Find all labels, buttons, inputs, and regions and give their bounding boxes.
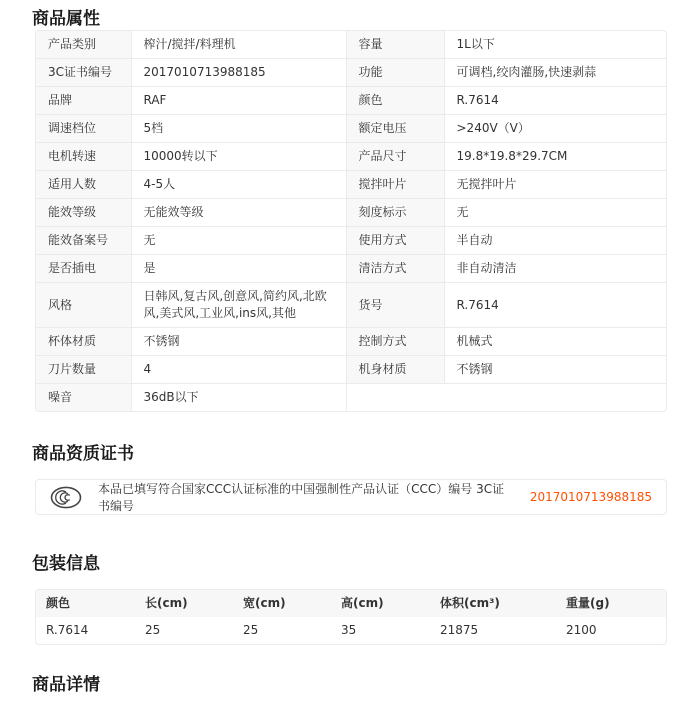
attr-label-cell: 电机转速: [36, 143, 131, 171]
packaging-header-cell: 颜色: [36, 590, 135, 617]
attr-label-cell: 刻度标示: [346, 199, 444, 227]
attr-value-cell: 5档: [131, 115, 346, 143]
attr-value-cell: 无能效等级: [131, 199, 346, 227]
attr-value-cell: RAF: [131, 87, 346, 115]
attr-value-cell: 1L以下: [444, 31, 666, 59]
attr-label-cell: 产品尺寸: [346, 143, 444, 171]
attr-value-cell: 2017010713988185: [131, 59, 346, 87]
certificate-number-link[interactable]: 2017010713988185: [530, 490, 652, 504]
attr-label-cell: 能效备案号: [36, 227, 131, 255]
attr-value-cell: R.7614: [444, 283, 666, 328]
attr-label-cell: 刀片数量: [36, 356, 131, 384]
attribute-row: 是否插电 是 清洁方式 非自动清洁: [36, 255, 666, 283]
attr-label-cell: 适用人数: [36, 171, 131, 199]
attr-label-cell: 清洁方式: [346, 255, 444, 283]
packaging-header-cell: 高(cm): [331, 590, 430, 617]
attr-value-cell: 榨汁/搅拌/料理机: [131, 31, 346, 59]
attr-value-cell: 36dB以下: [131, 384, 346, 412]
attr-label-cell: 容量: [346, 31, 444, 59]
packaging-header-cell: 宽(cm): [233, 590, 331, 617]
attribute-row: 风格 日韩风,复古风,创意风,简约风,北欧风,美式风,工业风,ins风,其他 货…: [36, 283, 666, 328]
attr-value-cell: 4: [131, 356, 346, 384]
attr-label-cell: 使用方式: [346, 227, 444, 255]
attribute-row: 适用人数 4-5人 搅拌叶片 无搅拌叶片: [36, 171, 666, 199]
attr-value-cell: 10000转以下: [131, 143, 346, 171]
packaging-section: 包装信息 颜色 长(cm) 宽(cm) 高(cm) 体积(cm³) 重量(g): [32, 553, 667, 645]
attr-value-cell: 是: [131, 255, 346, 283]
certificate-box: 本品已填写符合国家CCC认证标准的中国强制性产品认证（CCC）编号 3C证书编号…: [35, 479, 667, 515]
attr-value-cell: 4-5人: [131, 171, 346, 199]
attr-label-cell: 噪音: [36, 384, 131, 412]
attr-value-cell: 无: [444, 199, 666, 227]
attr-label-cell: 功能: [346, 59, 444, 87]
packaging-value-cell: 2100: [556, 617, 666, 644]
certificate-section: 商品资质证书 本品已填写符合国家CCC认证标准的中国强制性产品认证（CCC）编号…: [32, 443, 667, 515]
attr-label-cell: 控制方式: [346, 328, 444, 356]
certificate-text: 本品已填写符合国家CCC认证标准的中国强制性产品认证（CCC）编号 3C证书编号: [98, 480, 516, 514]
attr-label-cell: 机身材质: [346, 356, 444, 384]
packaging-header-cell: 体积(cm³): [430, 590, 556, 617]
packaging-data-row: R.7614 25 25 35 21875 2100: [36, 617, 666, 644]
packaging-value-cell: 25: [233, 617, 331, 644]
attributes-title: 商品属性: [32, 8, 667, 30]
attr-label-cell: 货号: [346, 283, 444, 328]
details-title: 商品详情: [32, 674, 667, 696]
attr-value-cell: 机械式: [444, 328, 666, 356]
attr-label-cell: 能效等级: [36, 199, 131, 227]
attribute-row: 噪音 36dB以下: [36, 384, 666, 412]
attr-label-cell: 品牌: [36, 87, 131, 115]
attr-value-cell: R.7614: [444, 87, 666, 115]
packaging-title: 包装信息: [32, 553, 667, 575]
packaging-header-row: 颜色 长(cm) 宽(cm) 高(cm) 体积(cm³) 重量(g): [36, 590, 666, 617]
packaging-value-cell: R.7614: [36, 617, 135, 644]
packaging-value-cell: 25: [135, 617, 233, 644]
packaging-header-cell: 重量(g): [556, 590, 666, 617]
attr-value-cell: 不锈钢: [444, 356, 666, 384]
ccc-icon: [50, 486, 82, 509]
attr-value-cell: 19.8*19.8*29.7CM: [444, 143, 666, 171]
packaging-table: 颜色 长(cm) 宽(cm) 高(cm) 体积(cm³) 重量(g) R.761…: [35, 589, 667, 645]
product-info-page: 商品属性 产品类别 榨汁/搅拌/料理机 容量 1L以下 3C证书编号 20170…: [0, 0, 683, 720]
attribute-row: 电机转速 10000转以下 产品尺寸 19.8*19.8*29.7CM: [36, 143, 666, 171]
details-section: 商品详情: [32, 674, 667, 696]
attr-value-cell: 可调档,绞肉灌肠,快速剥蒜: [444, 59, 666, 87]
attribute-row: 品牌 RAF 颜色 R.7614: [36, 87, 666, 115]
attr-label-cell: 搅拌叶片: [346, 171, 444, 199]
attr-label-cell: 产品类别: [36, 31, 131, 59]
attribute-row: 产品类别 榨汁/搅拌/料理机 容量 1L以下: [36, 31, 666, 59]
attr-label-cell: 3C证书编号: [36, 59, 131, 87]
attr-value-cell: 非自动清洁: [444, 255, 666, 283]
attr-label-cell: 颜色: [346, 87, 444, 115]
attr-value-cell: 日韩风,复古风,创意风,简约风,北欧风,美式风,工业风,ins风,其他: [131, 283, 346, 328]
attr-label-cell: 调速档位: [36, 115, 131, 143]
attr-value-cell: 无搅拌叶片: [444, 171, 666, 199]
attribute-row: 3C证书编号 2017010713988185 功能 可调档,绞肉灌肠,快速剥蒜: [36, 59, 666, 87]
attr-label-cell: 额定电压: [346, 115, 444, 143]
packaging-header-cell: 长(cm): [135, 590, 233, 617]
packaging-value-cell: 35: [331, 617, 430, 644]
packaging-value-cell: 21875: [430, 617, 556, 644]
attribute-row: 调速档位 5档 额定电压 >240V（V）: [36, 115, 666, 143]
attr-label-cell: 杯体材质: [36, 328, 131, 356]
certificate-title: 商品资质证书: [32, 443, 667, 465]
attribute-row: 刀片数量 4 机身材质 不锈钢: [36, 356, 666, 384]
attr-value-cell: 半自动: [444, 227, 666, 255]
attributes-section: 商品属性 产品类别 榨汁/搅拌/料理机 容量 1L以下 3C证书编号 20170…: [32, 8, 667, 412]
attr-label-cell: 风格: [36, 283, 131, 328]
attr-label-cell: 是否插电: [36, 255, 131, 283]
attribute-row: 能效备案号 无 使用方式 半自动: [36, 227, 666, 255]
attr-empty-cell: [346, 384, 666, 412]
attribute-row: 能效等级 无能效等级 刻度标示 无: [36, 199, 666, 227]
attr-value-cell: 无: [131, 227, 346, 255]
attribute-row: 杯体材质 不锈钢 控制方式 机械式: [36, 328, 666, 356]
attributes-table: 产品类别 榨汁/搅拌/料理机 容量 1L以下 3C证书编号 2017010713…: [35, 30, 667, 412]
attr-value-cell: >240V（V）: [444, 115, 666, 143]
attr-value-cell: 不锈钢: [131, 328, 346, 356]
